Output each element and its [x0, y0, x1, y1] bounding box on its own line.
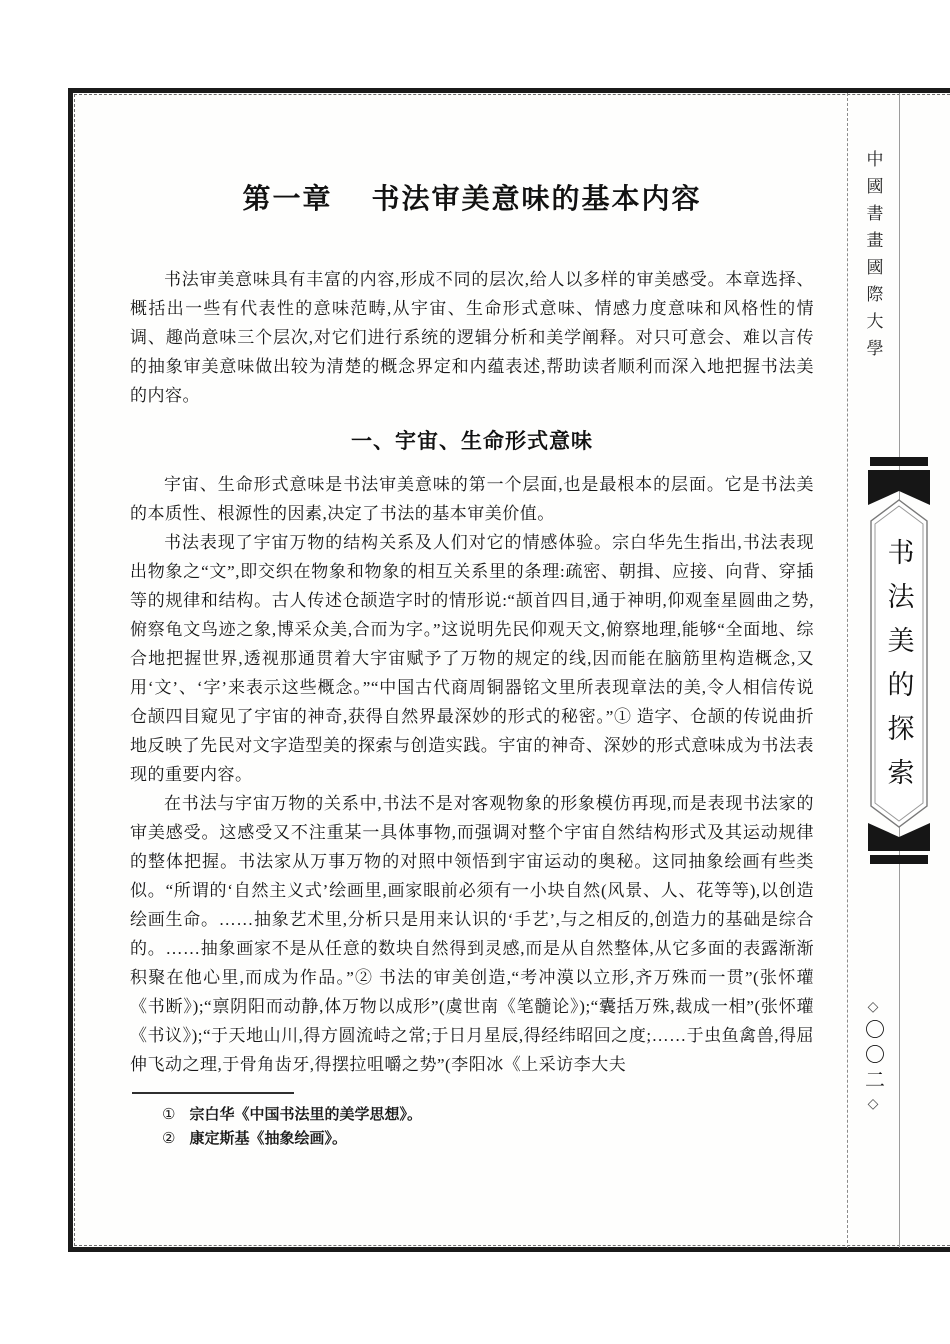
footnote-divider: [132, 1092, 294, 1094]
body-paragraph-3: 在书法与宇宙万物的关系中,书法不是对客观物象的形象模仿再现,而是表现书法家的审美…: [130, 789, 814, 1079]
book-title: 书法美的探索: [880, 538, 919, 802]
scanned-book-page: 第一章 书法审美意味的基本内容 书法审美意味具有丰富的内容,形成不同的层次,给人…: [0, 0, 950, 1344]
footnote-item-1: ①宗白华《中国书法里的美学思想》。: [130, 1103, 814, 1127]
intro-paragraph: 书法审美意味具有丰富的内容,形成不同的层次,给人以多样的审美感受。本章选择、概括…: [130, 265, 814, 410]
body-paragraph-1: 宇宙、生命形式意味是书法审美意味的第一个层面,也是最根本的层面。它是书法美的本质…: [130, 470, 814, 528]
book-title-banner: 书法美的探索: [866, 520, 932, 820]
page-border-frame: 第一章 书法审美意味的基本内容 书法审美意味具有丰富的内容,形成不同的层次,给人…: [68, 88, 950, 1252]
footnote-marker-2: ②: [162, 1131, 175, 1147]
chapter-title: 第一章 书法审美意味的基本内容: [130, 183, 814, 217]
book-title-ribbon: 书法美的探索: [866, 454, 932, 866]
series-title: 中國書畫國際大學: [861, 150, 886, 380]
page-content: 第一章 书法审美意味的基本内容 书法审美意味具有丰富的内容,形成不同的层次,给人…: [130, 93, 814, 1151]
diamond-ornament-bottom-icon: ◇: [868, 1097, 879, 1113]
page-number: 〇〇二: [859, 1019, 888, 1094]
footnote-text-1: 宗白华《中国书法里的美学思想》。: [189, 1107, 422, 1123]
diamond-ornament-top-icon: ◇: [868, 1000, 879, 1016]
footnote-text-2: 康定斯基《抽象绘画》。: [189, 1131, 347, 1147]
footnote-marker-1: ①: [162, 1107, 175, 1123]
folio-block: ◇ 〇〇二 ◇: [846, 1000, 900, 1113]
footnotes-block: ①宗白华《中国书法里的美学思想》。 ②康定斯基《抽象绘画》。: [130, 1092, 814, 1151]
section-heading: 一、宇宙、生命形式意味: [130, 426, 814, 456]
body-paragraph-2: 书法表现了宇宙万物的结构关系及人们对它的情感体验。宗白华先生指出,书法表现出物象…: [130, 528, 814, 789]
footnote-item-2: ②康定斯基《抽象绘画》。: [130, 1127, 814, 1151]
series-title-column: 中國書畫國際大學: [847, 150, 899, 380]
